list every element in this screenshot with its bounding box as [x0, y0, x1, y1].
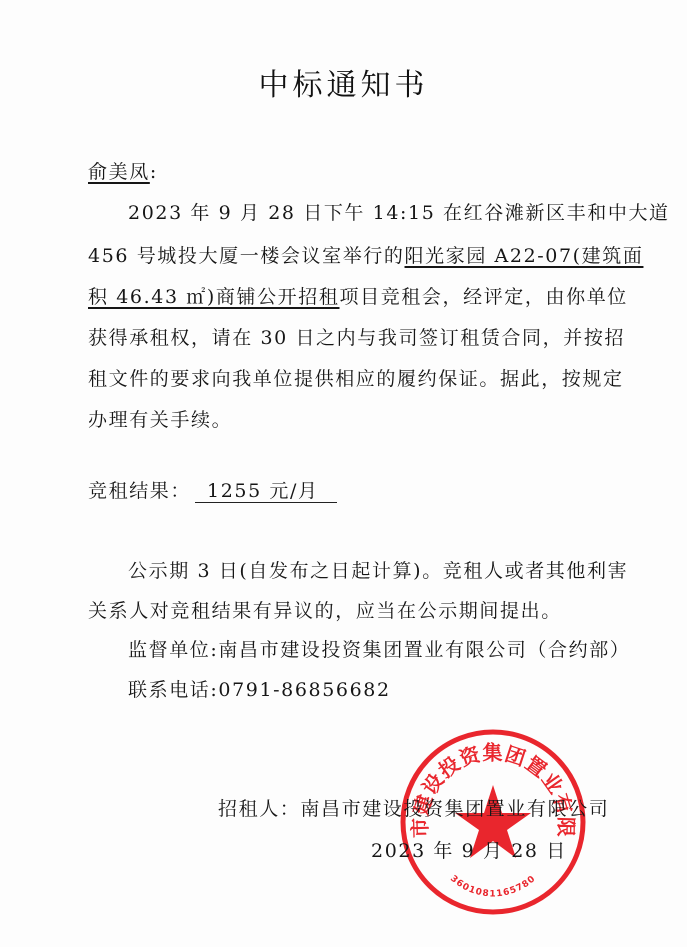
- addressee-colon: :: [150, 161, 158, 183]
- signature-date: 2023 年 9 月 28 日: [371, 839, 567, 863]
- company-seal-stamp: 南昌市建设投资集团置业有限公司 3601081165780: [398, 727, 588, 917]
- body-line-1: 2023 年 9 月 28 日下午 14:15 在红谷滩新区丰和中大道: [128, 201, 670, 225]
- body-line-6: 办理有关手续。: [88, 408, 232, 432]
- svg-text:3601081165780: 3601081165780: [448, 874, 538, 900]
- addressee-line: 俞美凤:: [88, 160, 158, 184]
- supervisor-line: 监督单位:南昌市建设投资集团置业有限公司（合约部）: [128, 638, 630, 662]
- body-line-4: 获得承租权，请在 30 日之内与我司签订租赁合同，并按招: [88, 326, 625, 350]
- body-line-3-suffix: 项目竞租会，经评定，由你单位: [340, 286, 628, 308]
- body-line-5: 租文件的要求向我单位提供相应的履约保证。据此，按规定: [88, 367, 624, 391]
- project-name-part1: 阳光家园 A22-07(建筑面: [405, 245, 644, 267]
- result-label: 竞租结果：: [88, 480, 191, 502]
- stamp-serial: 3601081165780: [448, 874, 538, 900]
- result-value: 1255 元/月: [195, 480, 337, 503]
- notice-line-1: 公示期 3 日(自发布之日起计算)。竞租人或者其他利害: [128, 559, 628, 583]
- notice-line-2: 关系人对竞租结果有异议的，应当在公示期间提出。: [88, 599, 562, 623]
- body-line-3: 积 46.43 ㎡)商铺公开招租项目竞租会，经评定，由你单位: [88, 285, 628, 309]
- document-title: 中标通知书: [0, 60, 687, 104]
- svg-text:南昌市建设投资集团置业有限公司: 南昌市建设投资集团置业有限公司: [398, 727, 578, 838]
- stamp-text: 南昌市建设投资集团置业有限公司: [398, 727, 578, 838]
- body-line-2: 456 号城投大厦一楼会议室举行的阳光家园 A22-07(建筑面: [88, 244, 643, 268]
- result-line: 竞租结果：1255 元/月: [88, 479, 337, 503]
- phone-line: 联系电话:0791-86856682: [128, 678, 391, 702]
- lessor-signature: 招租人：南昌市建设投资集团置业有限公司: [218, 797, 609, 821]
- project-name-part2: 积 46.43 ㎡)商铺公开招租: [88, 286, 340, 308]
- addressee-name: 俞美凤: [88, 161, 150, 183]
- document-page: 中标通知书 俞美凤: 2023 年 9 月 28 日下午 14:15 在红谷滩新…: [0, 0, 687, 947]
- body-line-2-prefix: 456 号城投大厦一楼会议室举行的: [88, 245, 405, 267]
